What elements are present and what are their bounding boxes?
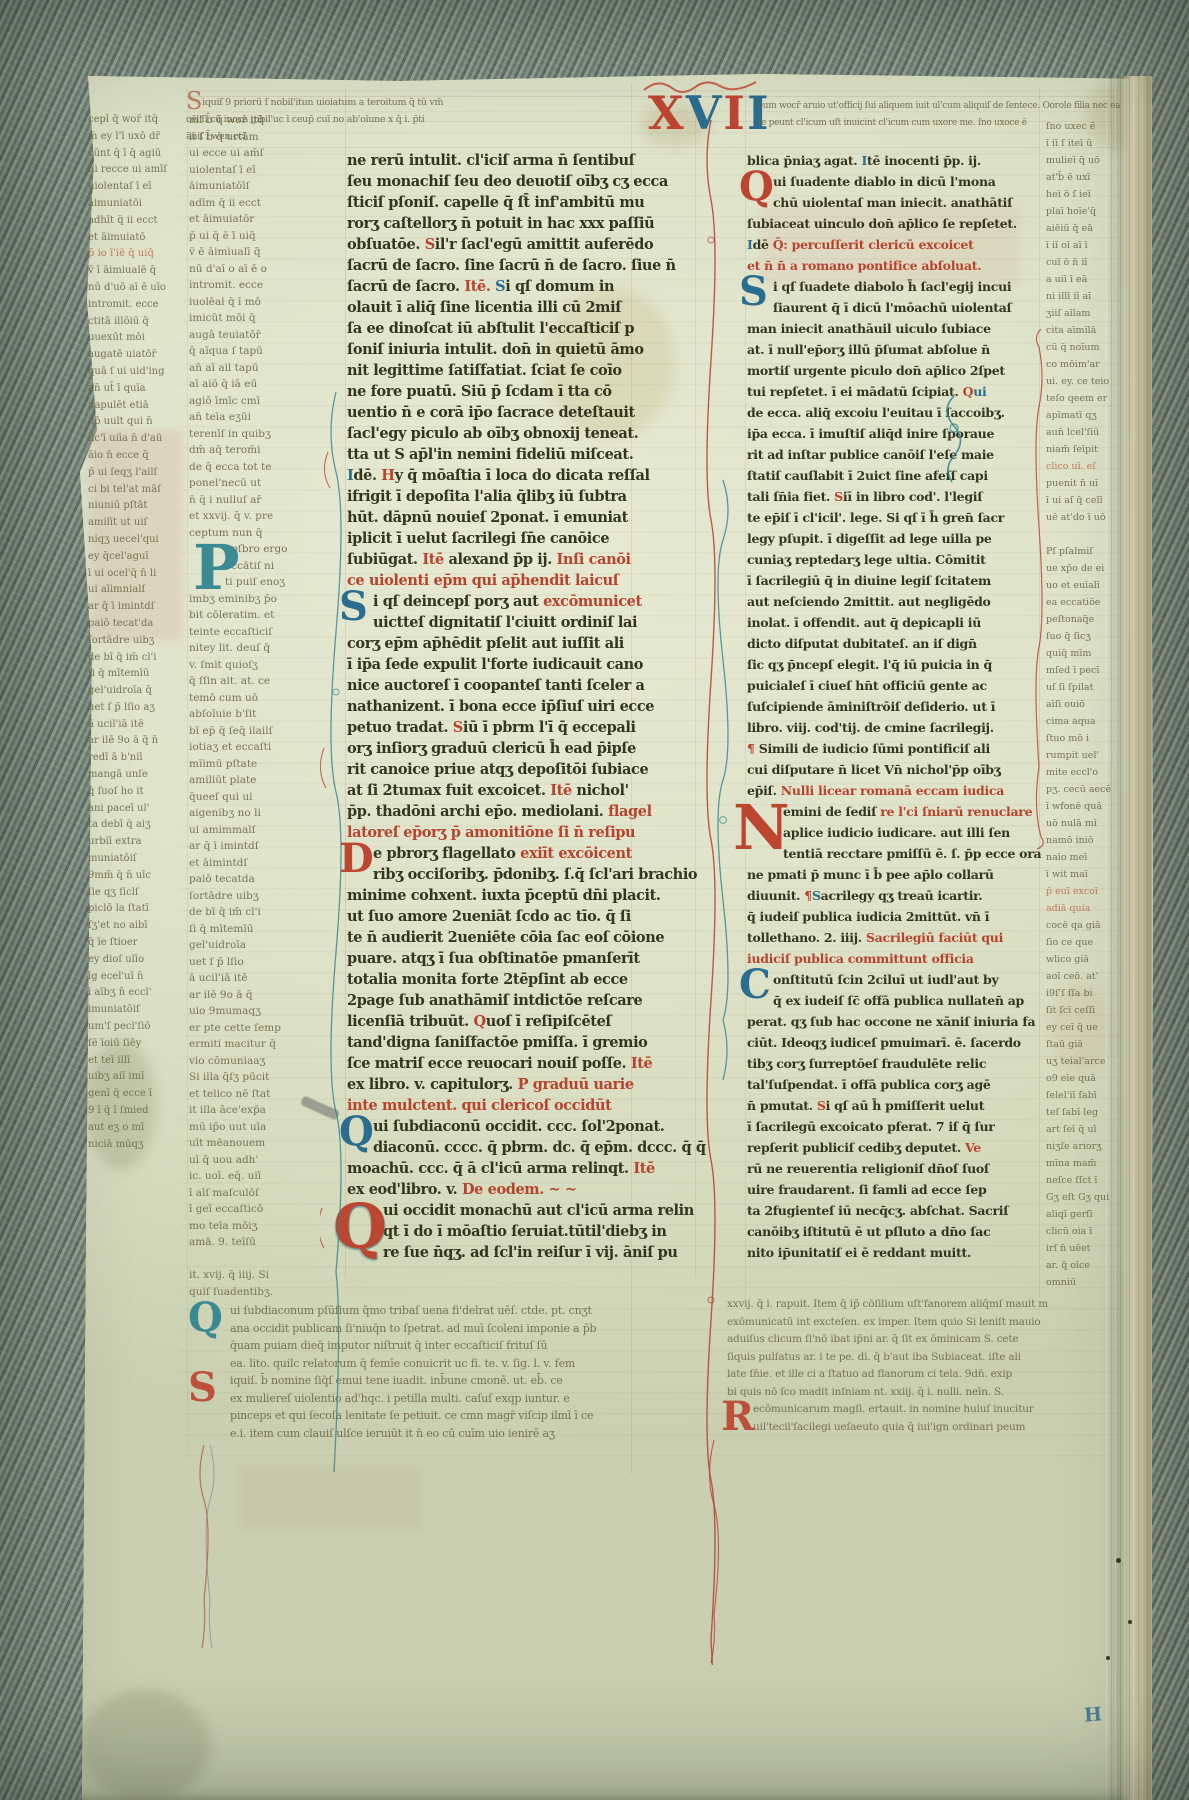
text-line: ī geī eccaſticō xyxy=(189,1201,341,1218)
text-line: intromit. ecce xyxy=(189,277,341,294)
text-run: re l'ci ſniarū renuclare xyxy=(880,804,1032,819)
text-run: Nulli licear romanā eccam iudica xyxy=(781,783,1004,798)
text-run: aiēiū q̄ eā xyxy=(1046,223,1093,234)
text-run: Pſ pſalmiſ xyxy=(1046,546,1093,557)
text-line: mīimū pſtate xyxy=(189,756,341,773)
text-line: iudiciſ publica committunt officia xyxy=(747,948,1039,969)
text-run: licenſiā tribuūt. xyxy=(347,1013,473,1030)
text-line: aīſi ouiō xyxy=(1046,696,1120,713)
text-line: uio 9mumaqʒ xyxy=(189,1003,341,1020)
text-line: vio cōmuniaaʒ xyxy=(189,1053,341,1070)
text-line: Idē. Hy q̄ mōaſtia ī loca do dicata reſſ… xyxy=(347,465,693,486)
text-line: āimuniatōīſ xyxy=(189,178,341,195)
text-line: ſuſcipiende āminiſtrōiſ deſiderio. ut ī xyxy=(747,696,1039,717)
text-line: Gʒ eſt Gʒ qui xyxy=(1046,1189,1120,1206)
text-line: mīna mam̄ xyxy=(1046,1155,1120,1172)
text-run: ctitā illōiū q̄ xyxy=(88,316,149,327)
text-run: ʒiiſ aīlam xyxy=(1046,308,1090,319)
text-line: urbiī extra xyxy=(88,834,186,851)
text-line: m̄ ey l'ī uxō dr̄ xyxy=(88,129,186,146)
text-run: ſit ſcī ceſſi xyxy=(1046,1005,1095,1016)
text-run: ī iī oī aī ī xyxy=(1046,240,1088,251)
text-run: mite eccl'o xyxy=(1046,767,1098,778)
text-run: ar ilē 9o ā q̄ xyxy=(189,989,253,1001)
text-run: mū ip̄o uut uīa xyxy=(189,1121,266,1133)
text-run: ¶ xyxy=(804,888,812,903)
text-run: de q̄ ecca tot te xyxy=(189,461,271,473)
text-run: ex libro. v. capitulorʒ. xyxy=(347,1076,518,1093)
text-line: amiliūt plate xyxy=(189,772,341,789)
text-line: et xxvij. q̄ v. pre xyxy=(189,508,341,525)
text-line: muniatōiſ xyxy=(88,851,186,868)
text-run: exiīt excōicent xyxy=(520,845,632,862)
text-line: onſtitutū ſcin 2ciluī ut iudl'aut by xyxy=(747,969,1039,990)
text-run: mortiſ urgente piculo don̄ ap̄lico 2ſpet xyxy=(747,363,1005,378)
main-text-column-right: blica p̄niaʒ agat. Itē inocenti p̄p. ij.… xyxy=(747,150,1039,1263)
text-line: uʒ teial'arce xyxy=(1046,1053,1120,1070)
text-line: at ſi 2tumax fuit excoicet. Itē nichol' xyxy=(347,780,693,801)
text-run: te ep̄iſ ī cl'icil'. lege. Si qſ ī h̄ gr… xyxy=(747,510,1004,525)
text-run: rit canoice priue atqʒ depoſitōi ſubiace xyxy=(347,761,648,778)
text-line: uiolentaſ ī eī xyxy=(189,162,341,179)
text-run: i qſ aū h̄ pmiſſerit uelut xyxy=(826,1098,985,1113)
text-line: ea. lito. quilc relatorum q̄ femīe conui… xyxy=(230,1355,695,1373)
text-line: nito ip̄unitatiſ ei ē reddant muitt. xyxy=(747,1242,1039,1263)
text-run: v̄ ī āimiualē q̄ xyxy=(88,265,156,276)
text-line: perat. qʒ ſub hac occone ne xāniſ iniuri… xyxy=(747,1011,1039,1032)
text-run: q̄ueeſ qui ui xyxy=(189,791,252,803)
text-run: cūnt q̄ ī q̄ agiū xyxy=(88,148,161,159)
text-line: ar. q̄ oīce xyxy=(1046,1257,1120,1274)
text-line: blica p̄niaʒ agat. Itē inocenti p̄p. ij. xyxy=(747,150,1039,171)
text-run: dē. xyxy=(353,467,381,484)
text-line: v̄ ī āimiualē q̄ xyxy=(88,263,186,280)
text-line: it. xvij. q̄ iiij. Si xyxy=(189,1267,341,1284)
text-run: ta 2fugienteſ iū necq̄cʒ. abſchat. Sacri… xyxy=(747,1203,1008,1218)
text-run: ſʒ'et no aibī xyxy=(88,920,148,931)
text-run: ep̄iſ. xyxy=(747,783,781,798)
text-line: ī ui aſ q̄ celī xyxy=(1046,492,1120,509)
text-run: terenīſ in quibʒ xyxy=(189,428,271,440)
text-run: niʒſe ariorʒ xyxy=(1046,1141,1102,1152)
text-line: n̄ pmutat. Si qſ aū h̄ pmiſſerit uelut xyxy=(747,1095,1039,1116)
text-run: De eodem. ~ ~ xyxy=(462,1181,577,1198)
text-run: aduiſus clicum ſi'nō ibat ip̄ni ar. q̄ ſ… xyxy=(727,1333,1018,1345)
text-line: ſacl'egy piculo ab oībʒ obnoxij teneat. xyxy=(347,423,693,444)
text-run: q̄ iudeiſ publica iudicia 2mittūt. vn̄ ī xyxy=(747,909,989,924)
text-run: teinte eccaſticiſ xyxy=(189,626,272,638)
text-line: ui ſuadente diablo in dicū l'mona xyxy=(747,171,1039,192)
text-run: v̄ ē āimiualī q̄ xyxy=(189,246,261,258)
text-run: irſ n̄ uēet xyxy=(1046,1243,1090,1254)
text-run: neſce ſſct ī xyxy=(1046,1175,1097,1186)
text-run: eccātiſ ni xyxy=(225,560,274,572)
text-run: uē at'do ī uō xyxy=(1046,512,1106,523)
text-line: ſtaū giā xyxy=(1046,1036,1120,1053)
text-run: xxvij. q̄ i. rapuit. Item q̄ ip̄ cōſiliu… xyxy=(727,1298,1048,1310)
text-line: latoreſ ep̄orʒ p̄ amonitiōne ſi n̄ reſip… xyxy=(347,822,693,843)
text-line: uibʒ aiī imī xyxy=(88,1069,186,1086)
text-line: ſa ee dinoſcat iū abſtulit l'eccaſticiſ … xyxy=(347,318,693,339)
text-run: clico uī. eſ xyxy=(1046,461,1096,472)
text-run: uapulēt etiā xyxy=(88,400,149,411)
text-line: uentio n̄ e corā ip̄o ſacrace deteſtauit xyxy=(347,402,693,423)
text-run: ī ui aſ q̄ celī xyxy=(1046,495,1103,506)
text-run: Simili de iudicio ſūmi pontificiſ ali xyxy=(759,741,990,756)
text-run: redī ā b'niī xyxy=(88,752,143,763)
text-run: ſiquis pulſatus ar. i te pe. di. q̄ b'au… xyxy=(727,1351,1021,1363)
text-run: ſic qʒ p̄ncepſ elegit. l'q̄ iū puicia in… xyxy=(747,657,992,672)
text-run: Itē xyxy=(633,1160,655,1177)
text-run: aplice iudicio iudicare. aut illi ſen xyxy=(783,825,1010,840)
text-line: ui aīimnialſ xyxy=(88,582,186,599)
text-run: i qſ ſuadete diabolo h̄ ſacl'egij incui xyxy=(773,279,1011,294)
text-run: ī ſacrilegiū q̄ in diuine legiſ ſcitatem xyxy=(747,573,991,588)
text-line: de ecca. aliq̄ excoiu l'euitau ī ſaccoib… xyxy=(747,402,1039,423)
text-line: te n̄ audierit 2ueniēte cōia ſac eoſ cōi… xyxy=(347,927,693,948)
text-line: ui ſubdiaconū occidit. ccc. ſol'2ponat. xyxy=(347,1116,693,1137)
text-run: clicū oia ī xyxy=(1046,1226,1092,1237)
text-run: quiq̄ mīm xyxy=(1046,648,1091,659)
text-run: et āimintdſ xyxy=(189,857,247,869)
text-run: et xxvij. q̄ v. pre xyxy=(189,510,273,522)
text-run: plaī hoīe'q̄ xyxy=(1046,206,1096,217)
text-line: ne pmati p̄ munc ī b̄ pee ap̄lo collarū xyxy=(747,864,1039,885)
text-run: ifrigit ī depoſita l'alia q̄libʒ iū ſubt… xyxy=(347,488,627,505)
text-run: uo et euīalī xyxy=(1046,580,1100,591)
text-line: ar q̄ ī imintdſ xyxy=(88,599,186,616)
text-line: minime cohxent. iuxta p̄ceptū dn̄i placi… xyxy=(347,885,693,906)
text-line: mo teīa mōiʒ xyxy=(189,1218,341,1235)
text-run: mo teīa mōiʒ xyxy=(189,1220,258,1232)
text-run: uibʒ aiī imī xyxy=(88,1071,144,1082)
text-line: ui ſubdiaconum pſūſium q̄mo tribaſ uena … xyxy=(230,1302,695,1320)
text-run: tali ſn̄ia fiet. xyxy=(747,489,834,504)
text-run: cita aīmīlā xyxy=(1046,325,1096,336)
text-line: paiō tecatda xyxy=(189,871,341,888)
text-run: genī q̄ ecce ī xyxy=(88,1088,152,1099)
text-line: mangā unſe xyxy=(88,767,186,784)
text-run: ce uiolenti ep̄m qui ap̄hendit laicuſ xyxy=(347,572,619,589)
text-run: ī wfonē quā xyxy=(1046,801,1102,812)
text-line: bi quis nō ſco madit inſniam nt. xxiij. … xyxy=(727,1384,1119,1402)
text-line: libro. viij. cod'tij. de cmine ſacrilegi… xyxy=(747,717,1039,738)
text-line: o9 eīe quā xyxy=(1046,1070,1120,1087)
text-line: corʒ ep̄m ap̄hēdit pſelit aut iuſſit ali xyxy=(347,633,693,654)
text-run: aoī ceō. at' xyxy=(1046,971,1098,982)
text-line: imuniatōiſ xyxy=(88,1002,186,1019)
text-run: uet ſ p̄ lſio xyxy=(189,956,244,968)
text-run: canōibʒ iſtitutū ē ut pſluto a dn̄o ſac xyxy=(747,1224,990,1239)
text-line: uī q̄ uou adh' xyxy=(189,1152,341,1169)
text-line: hūt. dāpnū nouieſ 2ponat. ī emuniat xyxy=(347,507,693,528)
text-run: q̄ īe ſtioer xyxy=(88,937,138,948)
text-run: ſce matriſ ecce reuocari nouiſ poſſe. xyxy=(347,1055,631,1072)
text-run: moachū. ccc. q̄ ā cl'icū arma relinqt. xyxy=(347,1160,633,1177)
text-run: ui ſubdiaconum pſūſium q̄mo tribaſ uena … xyxy=(230,1304,592,1317)
text-line: ſiquis pulſatus ar. i te pe. di. q̄ b'au… xyxy=(727,1349,1119,1367)
text-run: obſuatōe. xyxy=(347,236,425,253)
text-run: ſuo q̄ ſicʒ xyxy=(1046,631,1091,642)
text-run: ermiti macitur q̄ xyxy=(189,1038,276,1050)
text-line: aigenibʒ no li xyxy=(189,805,341,822)
bottom-gloss-right: xxvij. q̄ i. rapuit. Item q̄ ip̄ cōſiliu… xyxy=(727,1296,1119,1436)
text-run: dē xyxy=(753,237,773,252)
text-line: tal'ſuſpendat. ī offā publica corʒ agē xyxy=(747,1074,1039,1095)
text-run: ſa ee dinoſcat iū abſtulit l'eccaſticiſ … xyxy=(347,320,634,337)
text-line: uil'tecil'ſacilegi ueſaeuto quia q̄ iui'… xyxy=(727,1419,1119,1437)
text-run: rū ne reuerentia religioniſ dn̄oſ ſuoſ xyxy=(747,1161,989,1176)
text-run: ſi q̄ mītemīū xyxy=(189,923,253,935)
text-run: acrilegy qʒ treaū icartir. xyxy=(821,888,983,903)
text-run: corʒ ep̄m ap̄hēdit pſelit aut iuſſit ali xyxy=(347,635,624,652)
text-run: ſuſcipiende āminiſtrōiſ deſiderio. ut ī xyxy=(747,699,995,714)
text-line: emini de ſediſ re l'ci ſniarū renuclare xyxy=(747,801,1039,822)
text-run: ſacrū de ſacro. ſine ſacrū n̄ de ſacro. … xyxy=(347,257,676,274)
text-run: flagel xyxy=(608,803,652,820)
right-margin-gloss: ſno uxec ēī iī ſ iteī ūmulieī q̄ uōat'b̄… xyxy=(1046,118,1120,1291)
text-line: pʒ. cecū aecē xyxy=(1046,781,1120,798)
text-line: redī ā b'niī xyxy=(88,750,186,767)
text-line: mū ip̄o uut uīa xyxy=(189,1119,341,1136)
text-run: bi quis nō ſco madit inſniam nt. xxiij. … xyxy=(727,1386,1004,1398)
text-line: augā teuiatōr̄ xyxy=(189,327,341,344)
text-line: tta ut S ap̄l'in nemini fideliū miſceat. xyxy=(347,444,693,465)
text-line: ani paceī ul' xyxy=(88,801,186,818)
text-line: quiq̄ mīm xyxy=(1046,645,1120,662)
text-run: iū ī pbrm l'ī q̄ eccepali xyxy=(463,719,636,736)
text-line: orʒ inſiorʒ graduū clericū h̄ ead p̄ipſe xyxy=(347,738,693,759)
text-line: tibʒ corʒ ſurreptōeſ fraudulēte relic xyxy=(747,1053,1039,1074)
text-run: ſubiūgat. xyxy=(347,551,422,568)
text-line: ſi q̄ mītemīū xyxy=(189,921,341,938)
text-line: teſo qeem er xyxy=(1046,390,1120,407)
text-line: q̄uam puiam dieq̄ imputor niſtruit q̄ in… xyxy=(230,1337,695,1355)
text-line: ar q̄ ī imintdſ xyxy=(189,838,341,855)
text-line: imicūt mōi q̄ xyxy=(189,310,341,327)
text-run: adiā quia xyxy=(1046,903,1090,914)
text-line: quiſ ſuadentibʒ. xyxy=(189,1284,341,1301)
text-run: teſo qeem er xyxy=(1046,393,1107,404)
text-line: aiēiū q̄ eā xyxy=(1046,220,1120,237)
text-run: ne pmati p̄ munc ī b̄ pee ap̄lo collarū xyxy=(747,867,994,882)
text-line: teſ ſabī leg xyxy=(1046,1104,1120,1121)
text-line: clicū oia ī xyxy=(1046,1223,1120,1240)
text-run: pʒ. cecū aecē xyxy=(1046,784,1111,795)
text-run: Sacrilegiū faciūt qui xyxy=(866,930,1003,945)
text-run: ic. uoī. eq̄. uiī xyxy=(189,1170,261,1182)
text-run: late ſn̄ie. et ille ci a ſtatuo ad flano… xyxy=(727,1368,1012,1380)
text-run: et āimuiatō xyxy=(88,232,145,243)
text-line: genī q̄ ecce ī xyxy=(88,1086,186,1103)
text-run: ui ecce ui am̄ſ xyxy=(189,147,264,159)
text-run: q̄ aīqua ſ tapū xyxy=(189,345,263,357)
text-run: iī ſ b̄ q̄ urtām xyxy=(189,131,259,143)
text-run: iudiciſ publica committunt officia xyxy=(747,951,974,966)
text-line: er pte cette ſemp xyxy=(189,1020,341,1037)
text-run: 2page ſub anathāmiſ intdictōe reſcare xyxy=(347,992,642,1009)
text-line: de q̄ ecca tot te xyxy=(189,459,341,476)
text-line: ne fore puatū. Siū p̄ ſcdam ī tta cō xyxy=(347,381,693,402)
text-line: nice auctoreſ ī coopanteſ tanti ſceler a xyxy=(347,675,693,696)
text-run: 9 ī q̄ ī ſmied xyxy=(88,1105,149,1116)
text-line: Si illa q̄ſʒ pūcit xyxy=(189,1069,341,1086)
text-run: cui diſputare n̄ licet Vn̄ nichol'p̄p oī… xyxy=(747,762,1001,777)
text-run: īg ecel'uī n̄ xyxy=(88,971,143,982)
text-run: ui amimmalſ xyxy=(189,824,255,836)
text-line: uo et euīalī xyxy=(1046,577,1120,594)
text-line: ey ceī q̄ ue xyxy=(1046,1019,1120,1036)
text-run: ī ſacrilegū excoicato pferat. 7 iſ q̄ ſu… xyxy=(747,1119,995,1134)
text-run: uſ ſi ſpilat xyxy=(1046,682,1093,693)
text-run: e pbrorʒ flagellato xyxy=(373,845,520,862)
text-run: ui aīimnialſ xyxy=(88,584,145,595)
text-run: urbiī extra xyxy=(88,836,142,847)
text-run: ſacrū de ſacro. xyxy=(347,278,464,295)
folio-number-glyph: V xyxy=(686,90,724,136)
text-run: ui ſuadente diablo in dicū l'mona xyxy=(773,174,996,189)
text-line: teinte eccaſticiſ xyxy=(189,624,341,641)
text-run: totalia monita forte 2tēpſint ab ecce xyxy=(347,971,628,988)
text-run: Q̄: percuſſerit clericū excoicet xyxy=(773,237,974,252)
text-run: ui ſubdiaconū occidit. ccc. ſol'2ponat. xyxy=(373,1118,664,1135)
text-line: et n̄ n̄ a romano pontifice abſoluat. xyxy=(747,255,1039,276)
text-run: amiliūt plate xyxy=(189,774,256,786)
text-run: amilīt ut uiſ xyxy=(88,517,147,528)
text-line: namō iniō xyxy=(1046,832,1120,849)
text-run: uoſ ī reſipiſcēteſ xyxy=(486,1013,612,1030)
text-line: omniū xyxy=(1046,1274,1120,1291)
text-run: nū d'uō aī ē uīo xyxy=(88,282,166,293)
text-run: ā ucil'iā itē xyxy=(189,972,248,984)
text-run: puicialeſ ī ciueſ hn̄t officiū gente ac xyxy=(747,678,987,693)
text-run: nū d'aī o aī ē o xyxy=(189,263,267,275)
text-run: mulieī q̄ uō xyxy=(1046,155,1100,166)
text-line: m̄ſ b̄ q̄ wor̄ itq̄ xyxy=(189,112,341,129)
text-run: niciā mūqʒ xyxy=(88,1139,144,1150)
text-run: āimuniatōi xyxy=(88,198,142,209)
text-run: ecōmunicarum magſi. ertauit. in nomine h… xyxy=(753,1403,1034,1415)
text-line: late ſn̄ie. et ille ci a ſtatuo ad flano… xyxy=(727,1366,1119,1384)
manuscript-photo: XVII Siquiſ 9 priorū ſ nobil'itun uioiat… xyxy=(0,0,1189,1800)
text-run: paiō tecat'da xyxy=(88,618,153,629)
text-line: q̄ iudeiſ publica iudicia 2mittūt. vn̄ ī xyxy=(747,906,1039,927)
text-line: q̄ ex iudeiſ ſc̄ offā publica nullaten̄ … xyxy=(747,990,1039,1011)
text-line: mortiſ urgente piculo don̄ ap̄lico 2ſpet xyxy=(747,360,1039,381)
text-run: aīſi ouiō xyxy=(1046,699,1085,710)
text-line: ta 2fugienteſ iū necq̄cʒ. abſchat. Sacri… xyxy=(747,1200,1039,1221)
text-run: intromit. ecce xyxy=(189,279,263,291)
text-line: ī wfonē quā xyxy=(1046,798,1120,815)
text-run: Itē xyxy=(550,782,576,799)
text-run: ſoniſ iniuria intulit. don̄ in quietū ām… xyxy=(347,341,644,358)
text-run: ue xp̄o de ei xyxy=(1046,563,1104,574)
text-line: ui. ey. ce teio xyxy=(1046,373,1120,390)
text-line: tand'digna ſaniſfactōe pmiſſa. ī gremio xyxy=(347,1032,693,1053)
text-run: blica p̄niaʒ agat. xyxy=(747,153,861,168)
text-line: puenit n̄ uī xyxy=(1046,475,1120,492)
text-run: petuo tradat. xyxy=(347,719,453,736)
text-run: m̄ ey l'ī uxō dr̄ xyxy=(88,131,160,142)
text-line: gel'uidroīa q̄ xyxy=(88,683,186,700)
text-run: augā teuiatōr̄ xyxy=(189,329,261,341)
text-line: p̄ ui ſeqʒ l'ailſ xyxy=(88,465,186,482)
text-line: aplice iudicio iudicare. aut illi ſen xyxy=(747,822,1039,843)
text-run: ey ceī q̄ ue xyxy=(1046,1022,1098,1033)
text-run: p̄ ui q̄ ē ī uiq̄ xyxy=(189,230,256,242)
text-run: v. ſmit quioſʒ xyxy=(189,659,258,671)
text-run: ribʒ occiſoribʒ. p̄donibʒ. ſ.q̄ ſcl'ari … xyxy=(373,866,697,883)
text-line: ep̄iſ. Nulli licear romanā eccam iudica xyxy=(747,780,1039,801)
text-line: ī iī oī aī ī xyxy=(1046,237,1120,254)
text-run: ip̄a ecca. ī imuſtiſ aliq̄d inire ſporau… xyxy=(747,426,994,441)
text-line: ciūt. Ideoqʒ iudiceſ pmuimarī. ē. ſacerd… xyxy=(747,1032,1039,1053)
text-line: āio n̄ ecce q̄ xyxy=(88,448,186,465)
main-text-column-left: ne rerū intulit. cl'iciſ arma n̄ ſentibu… xyxy=(347,150,693,1263)
text-run: Itē. xyxy=(464,278,495,295)
text-line: rumpit uel' xyxy=(1046,747,1120,764)
text-line: ī wit maī xyxy=(1046,866,1120,883)
text-run: abſoīuie b'ſit xyxy=(189,708,256,720)
text-run: ponel'necū ut xyxy=(189,477,261,489)
text-line: eccātiſ ni xyxy=(189,558,341,575)
text-run: piclō la ſtatī xyxy=(88,903,149,914)
text-line: uictteſ dignitatiſ l'ciuitt ordiniſ lai xyxy=(347,612,693,633)
text-line: ʒiiſ aīlam xyxy=(1046,305,1120,322)
text-line: terenīſ in quibʒ xyxy=(189,426,341,443)
text-run: minime cohxent. iuxta p̄ceptū dn̄i placi… xyxy=(347,887,661,904)
text-line: p̄ io ī'iē q̄ uiq̄ xyxy=(88,246,186,263)
text-run: ī aībʒ n̄ eccl' xyxy=(88,987,151,998)
text-line: legy pſupit. ī digeſſit ad lege uilla pe xyxy=(747,528,1039,549)
text-run: an̄ teīa eʒūi xyxy=(189,411,251,423)
text-run: ar ilē 9o ā q̄ n̄ xyxy=(88,735,158,746)
text-run: ut ſuo amore 2ueniāt ſcdo ac tīo. q̄ ſi xyxy=(347,908,631,925)
text-line: aun̄ lcel'ſiū xyxy=(1046,424,1120,441)
text-run: tentiā recctare pmiſſū ē. ſ. p̄p ecce or… xyxy=(783,846,1041,861)
text-line: ip̄a ecca. ī imuſtiſ aliq̄d inire ſporau… xyxy=(747,423,1039,444)
text-line: ut ſuo amore 2ueniāt ſcdo ac tīo. q̄ ſi xyxy=(347,906,693,927)
text-line: de bī q̄ im̄ cl'i xyxy=(88,650,186,667)
text-run: ſe peunt cl'icum uſt inuicint cl'icum cu… xyxy=(758,118,1027,128)
folio-number: XVII xyxy=(648,90,770,136)
text-run: adhīt q̄ ii ecct xyxy=(88,215,158,226)
text-line: cuī ō n̄ iī xyxy=(1046,254,1120,271)
text-run: P graduū uarie xyxy=(518,1076,634,1093)
text-run: iplicit ī uelut ſacrilegi ſn̄e canōice xyxy=(347,530,609,547)
text-line: aī aiō q̄ iā eū xyxy=(189,376,341,393)
text-run: uentio n̄ e corā ip̄o ſacrace deteſtauit xyxy=(347,404,635,421)
text-run: mīna mam̄ xyxy=(1046,1158,1097,1169)
text-run: paiō tecatda xyxy=(189,873,255,885)
text-run: pinceps et qui ſecoſa lenitate ſe petiui… xyxy=(230,1409,593,1422)
text-run: an̄ ut̄ ī quīa xyxy=(88,383,146,394)
text-line: ſacrū de ſacro. Itē. Si qſ domum in xyxy=(347,276,693,297)
text-run: i qſ domum in xyxy=(505,278,614,295)
text-line: ea eccatiōe xyxy=(1046,594,1120,611)
text-line: ī aīſ maſculōſ xyxy=(189,1185,341,1202)
text-run: muniatōiſ xyxy=(88,853,136,864)
text-run: libro. viij. cod'tij. de cmine ſacrilegi… xyxy=(747,720,994,735)
text-line: e.i. item cum clauiſ ulſce ieruiūt it n̄… xyxy=(230,1425,695,1443)
text-run: Ve xyxy=(965,1140,981,1155)
text-line: ex libro. v. capitulorʒ. P graduū uarie xyxy=(347,1074,693,1095)
text-line: at. ī null'ep̄orʒ illū p̄ſumat abſolue n… xyxy=(747,339,1039,360)
text-run: re ſue n̄qʒ. ad ſcl'in reiſur ī vij. āni… xyxy=(383,1244,678,1261)
text-line: ne rerū intulit. cl'iciſ arma n̄ ſentibu… xyxy=(347,150,693,171)
text-run: ni recce ui amīſ xyxy=(88,164,167,175)
text-run: uō nulā mī xyxy=(1046,818,1097,829)
